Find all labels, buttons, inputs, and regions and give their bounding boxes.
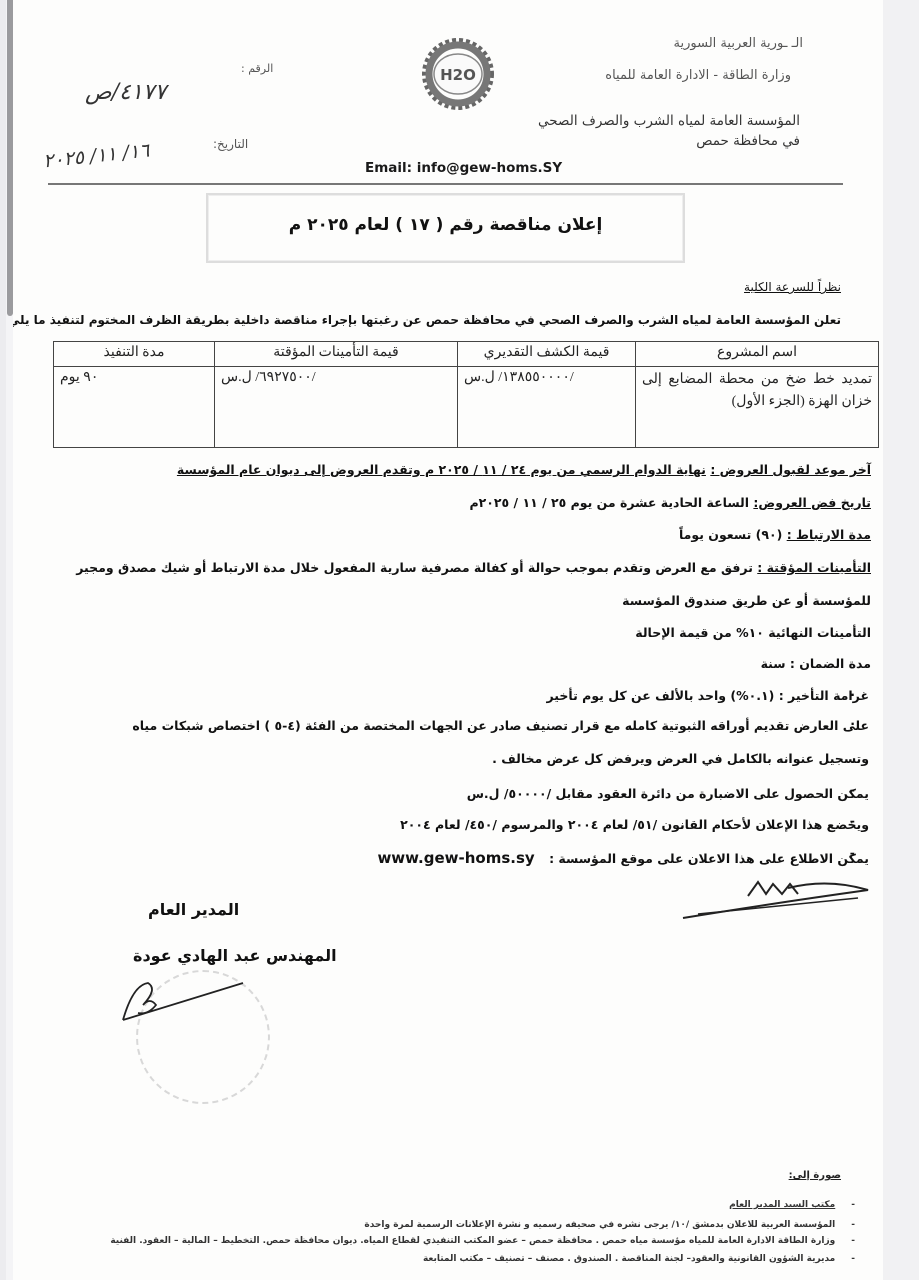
svg-text:H2O: H2O <box>440 66 476 84</box>
col-duration: مدة التنفيذ <box>54 342 215 367</box>
project-table: اسم المشروع قيمة الكشف التقديري قيمة الت… <box>53 341 879 448</box>
document-page: الـ ـورية العربية السورية وزارة الطاقة -… <box>13 0 883 1280</box>
delay-penalty: غرامة التأخير : (٠.١%) واحد بالألف عن كل… <box>547 688 869 703</box>
deadline-text: نهاية الدوام الرسمي من يوم ٢٤ / ١١ / ٢٠٢… <box>177 462 706 477</box>
signatory-name: المهندس عبد الهادي عودة <box>133 946 337 965</box>
cc-item: -مديرية الشؤون القانونية والعقود– لجنة ا… <box>423 1254 855 1264</box>
deposit-line-2: للمؤسسة أو عن طريق صندوق المؤسسة <box>622 593 871 608</box>
website-link[interactable]: www.gew-homs.sy <box>377 849 534 867</box>
header-institution: المؤسسة العامة لمياه الشرب والصرف الصحي <box>538 113 800 129</box>
header-country: الـ ـورية العربية السورية <box>674 36 803 51</box>
commitment-line: مدة الارتباط : (٩٠) تسعون يوماً <box>679 527 871 542</box>
cc-title: صورة إلى: <box>789 1170 841 1181</box>
col-project-name: اسم المشروع <box>636 342 879 367</box>
deposit-label: التأمينات المؤقتة : <box>757 560 871 575</box>
organization-logo: H2O <box>403 38 513 110</box>
deposit-text: ترفق مع العرض وتقدم بموجب حوالة أو كفالة… <box>76 560 753 575</box>
email-address[interactable]: Email: info@gew-homs.SY <box>365 160 562 176</box>
cc-item: -وزارة الطاقة الادارة العامة للمياه مؤسس… <box>110 1236 855 1246</box>
cc-item: -المؤسسة العربية للاعلان بدمشق /١٠/ يرجى… <box>364 1220 855 1230</box>
opening-label: تاريخ فض العروض: <box>753 495 871 510</box>
cc-item: -مكتب السيد المدير العام <box>729 1200 855 1210</box>
website-text: يمكن الاطلاع على هذا الاعلان على موقع ال… <box>549 851 869 866</box>
documents-requirement-2: وتسجيل عنوانه بالكامل في العرض ويرفض كل … <box>492 751 869 766</box>
urgency-note: نظراً للسرعة الكلية <box>744 280 841 294</box>
commitment-label: مدة الارتباط : <box>787 527 871 542</box>
cell-project-name: تمديد خط ضخ من محطة المضابع إلى خزان اله… <box>636 367 879 448</box>
deposit-line: التأمينات المؤقتة : ترفق مع العرض وتقدم … <box>76 560 871 575</box>
documents-requirement: على العارض تقديم أوراقه الثبوتية كامله م… <box>132 718 869 733</box>
gear-logo-icon: H2O <box>403 38 513 110</box>
table-header-row: اسم المشروع قيمة الكشف التقديري قيمة الت… <box>54 342 879 367</box>
deadline-label: آخر موعد لقبول العروض : <box>710 462 871 477</box>
col-deposit: قيمة التأمينات المؤقتة <box>215 342 458 367</box>
col-estimate: قيمة الكشف التقديري <box>458 342 636 367</box>
website-line: يمكن الاطلاع على هذا الاعلان على موقع ال… <box>377 849 869 867</box>
initials-signature-icon <box>118 975 248 1025</box>
signatory-role: المدير العام <box>148 900 239 919</box>
cell-deposit: /٦٩٢٧٥٠٠/ ل.س <box>215 367 458 448</box>
intro-paragraph: تعلن المؤسسة العامة لمياه الشرب والصرف ا… <box>13 313 841 327</box>
warranty-period: مدة الضمان : سنة <box>761 656 871 671</box>
header-governorate: في محافظة حمص <box>696 133 800 149</box>
deadline-line: آخر موعد لقبول العروض : نهاية الدوام الر… <box>177 462 871 477</box>
header-divider <box>48 183 843 185</box>
legal-reference: ويخضع هذا الإعلان لأحكام القانون /٥١/ لع… <box>400 817 869 832</box>
commitment-text: (٩٠) تسعون يوماً <box>679 527 782 542</box>
date-label: التاريخ: <box>213 137 248 151</box>
date-value: ١٦/ ١١/ ٢٠٢٥ <box>42 139 150 172</box>
handwritten-signature-icon <box>678 876 878 926</box>
table-row: تمديد خط ضخ من محطة المضابع إلى خزان اله… <box>54 367 879 448</box>
final-deposit: التأمينات النهائية ١٠% من قيمة الإحالة <box>635 625 871 640</box>
viewer-left-gutter <box>0 0 6 1280</box>
announcement-title: إعلان مناقصة رقم ( ١٧ ) لعام ٢٠٢٥ م <box>208 215 683 235</box>
file-price: يمكن الحصول على الاضبارة من دائرة العقود… <box>467 786 869 801</box>
title-box: إعلان مناقصة رقم ( ١٧ ) لعام ٢٠٢٥ م <box>206 193 685 263</box>
ref-number: ٤١٧٧/ص <box>85 80 166 105</box>
cell-duration: ٩٠ يوم <box>54 367 215 448</box>
opening-line: تاريخ فض العروض: الساعة الحادية عشرة من … <box>469 495 871 510</box>
opening-text: الساعة الحادية عشرة من يوم ٢٥ / ١١ / ٢٠٢… <box>469 495 749 510</box>
header-ministry: وزارة الطاقة - الادارة العامة للمياه <box>605 68 791 83</box>
ref-label: الرقم : <box>241 62 273 75</box>
viewer-right-gutter <box>883 0 919 1280</box>
cell-estimate: /١٣٨٥٥٠٠٠٠/ ل.س <box>458 367 636 448</box>
